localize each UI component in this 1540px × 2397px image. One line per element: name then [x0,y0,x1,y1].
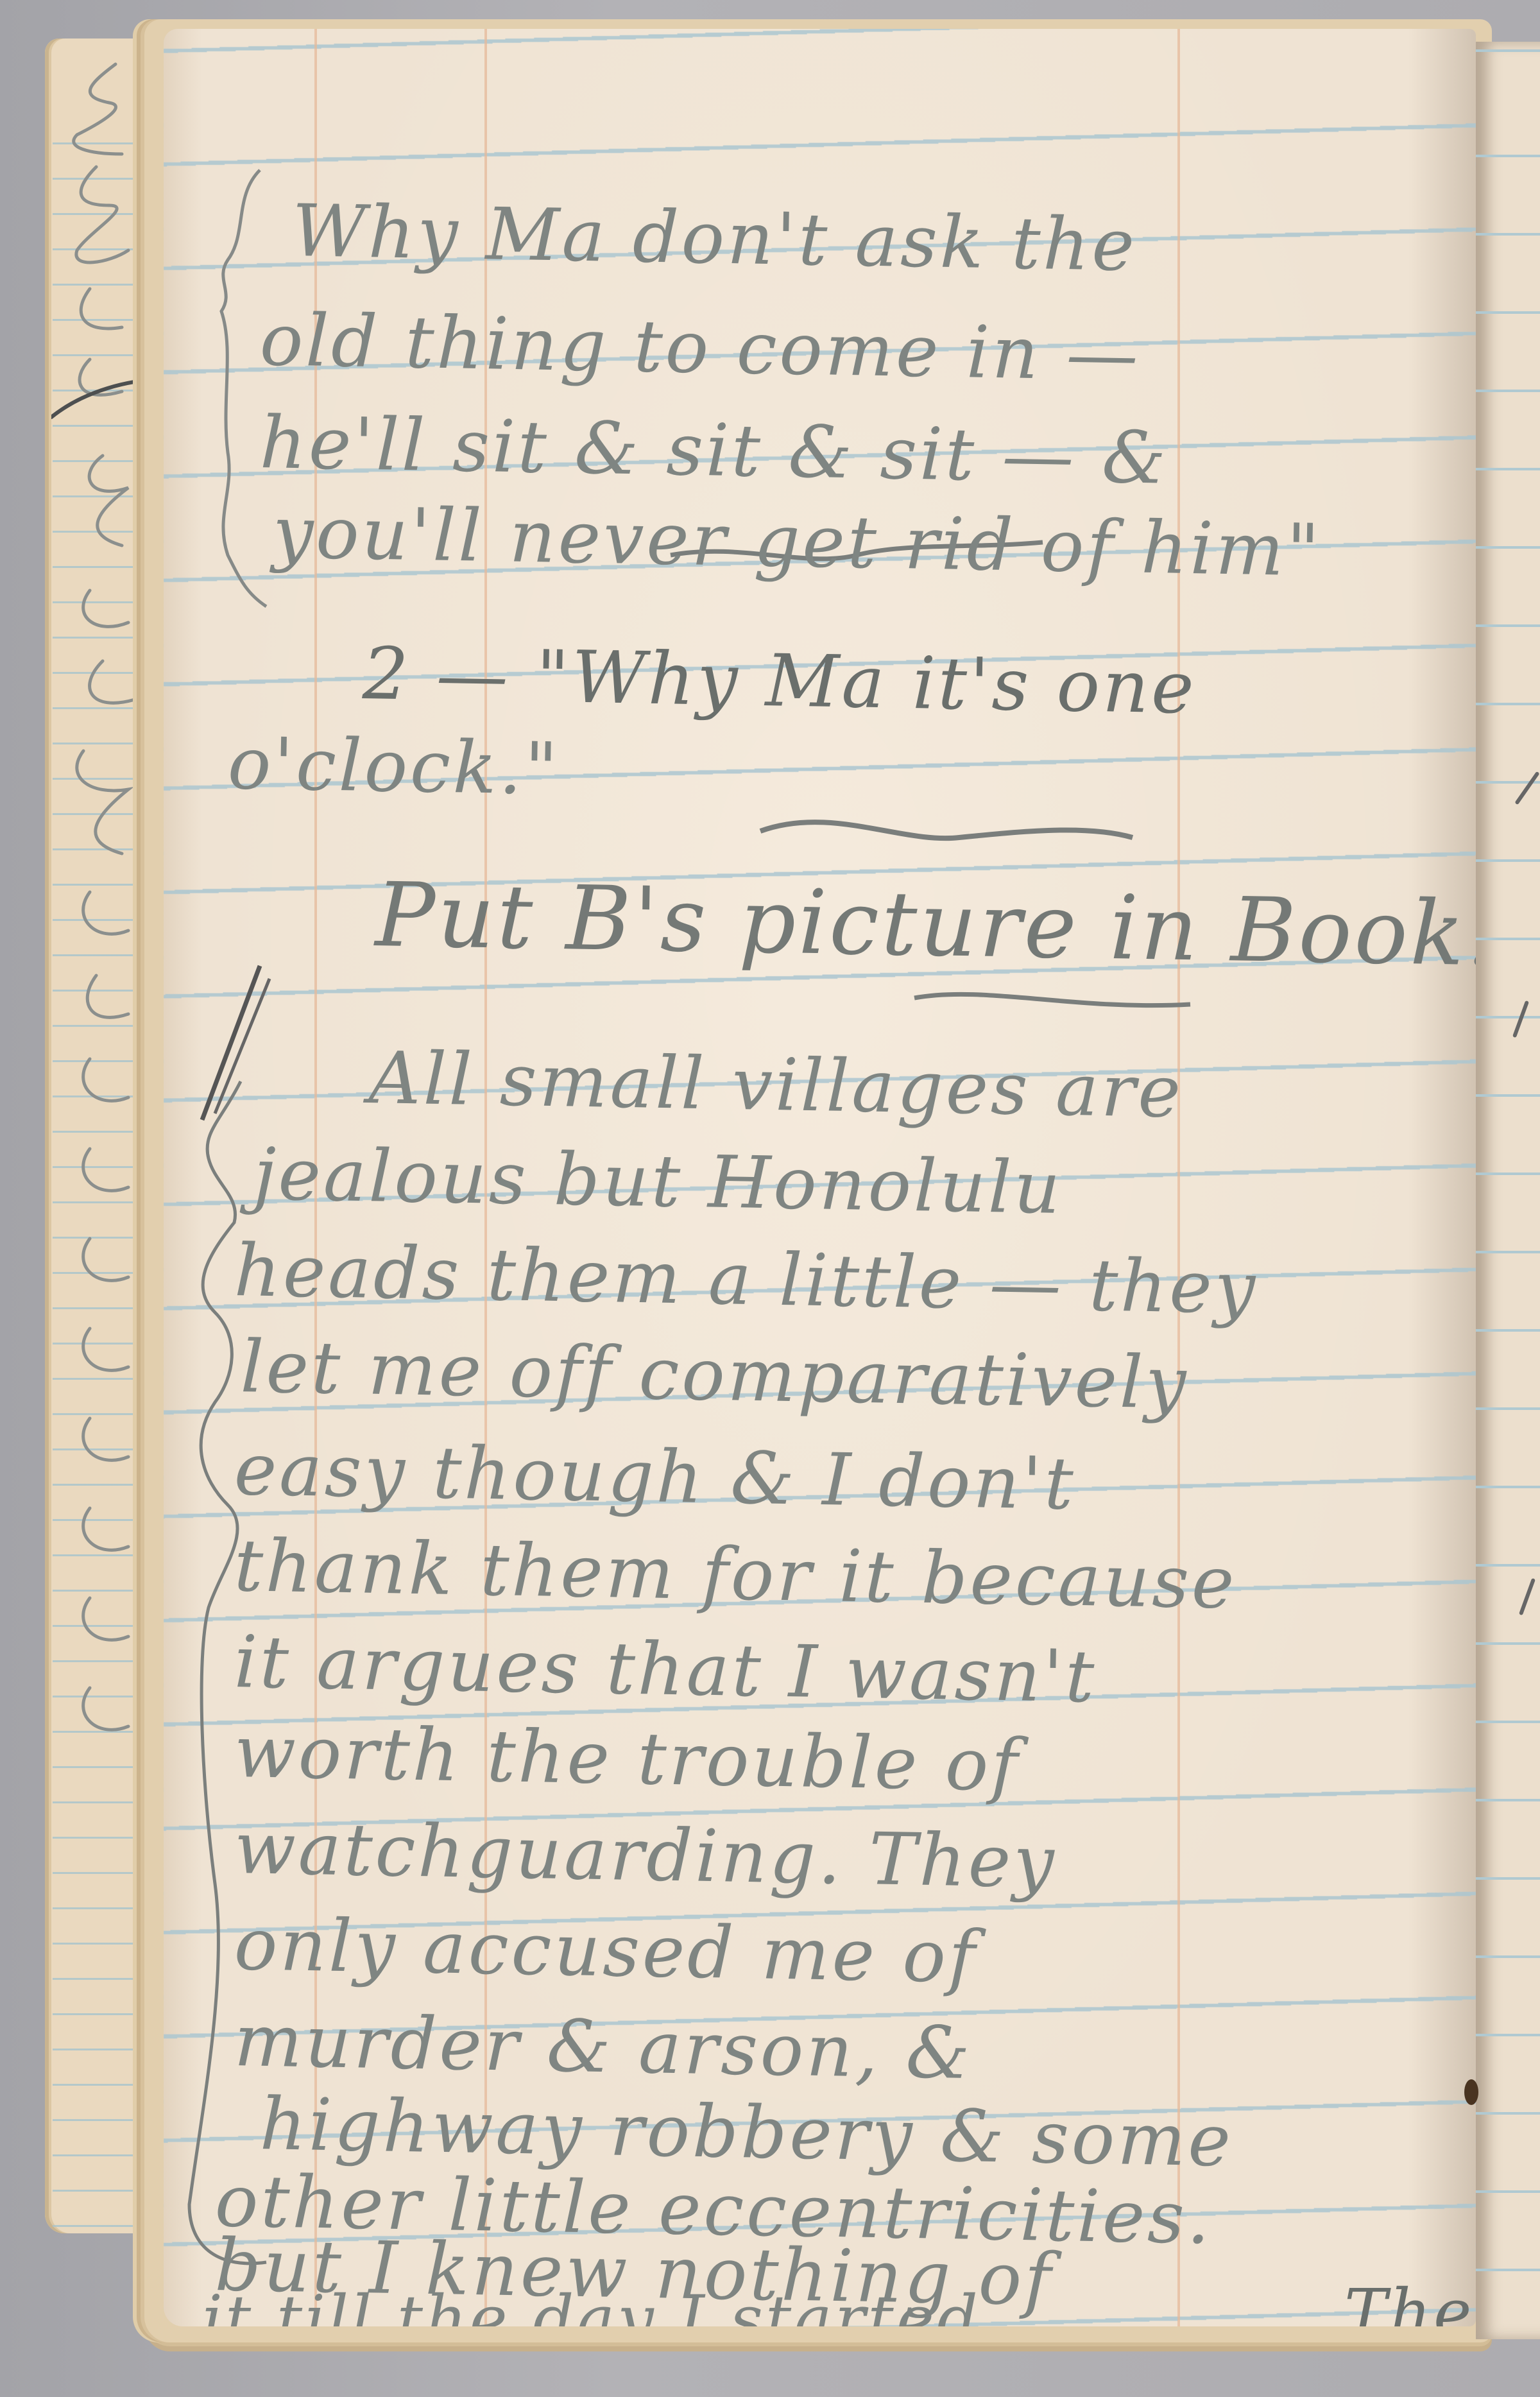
underline-stroke [908,979,1197,1030]
handwritten-line: it till the day I started. [202,2281,1004,2326]
brace-mark [209,157,279,619]
handwritten-line: All small villages are [368,1036,1184,1134]
facing-page-rules [1476,42,1540,2339]
handwritten-line: thank them for it because [234,1524,1238,1625]
handwritten-line: old thing to come in — [259,298,1142,397]
notebook-page: Why Ma don't ask the old thing to come i… [164,29,1476,2326]
handwritten-heading: Put B's picture in Book. [375,863,1476,986]
handwritten-line: only accused me of [234,1903,979,1999]
handwritten-line: murder & arson, & [234,1999,973,2095]
ink-stain [1464,2079,1478,2105]
handwritten-line: heads them a little — they [234,1229,1258,1330]
handwritten-line: easy though & I don't [234,1428,1077,1526]
handwritten-line: 2 — "Why Ma it's one [362,632,1197,730]
handwritten-line: let me off comparatively [240,1325,1189,1425]
handwritten-line: it argues that I wasn't [234,1620,1097,1719]
handwritten-line: Why Ma don't ask the [291,189,1138,288]
margin-line [1177,29,1180,2326]
underline-stroke [754,799,1139,876]
handwritten-line: watchguarding. They [234,1807,1057,1904]
handwritten-line: o'clock." [227,722,561,811]
handwritten-line: he'll sit & sit & sit — & [259,401,1169,501]
handwritten-line: worth the trouble of [234,1710,1021,1807]
handwritten-line: jealous but Honolulu [253,1133,1063,1230]
facing-page-edge [1476,42,1540,2339]
handwritten-line: The [1344,2275,1474,2326]
